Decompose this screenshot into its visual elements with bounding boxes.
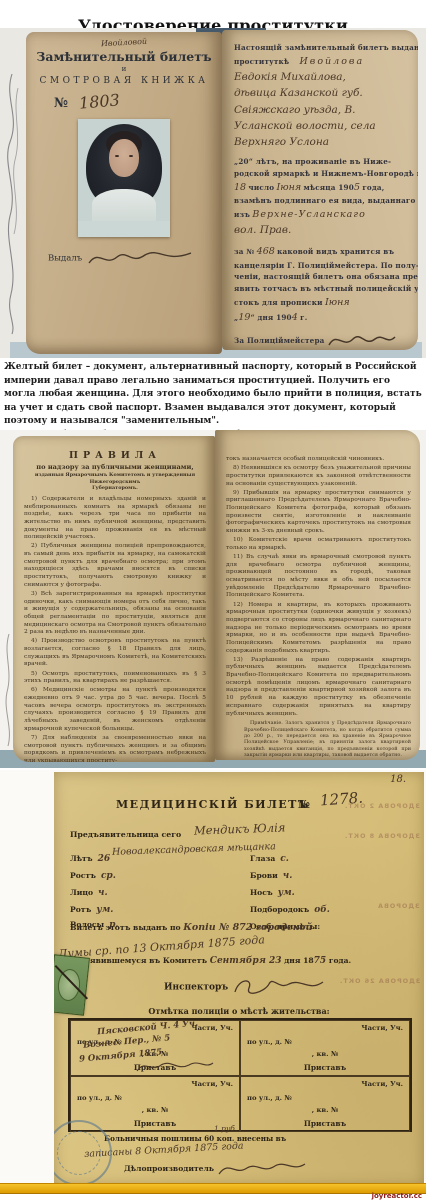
print-line: канцеляріи Г. Полиціймейстера. По полу- [234,261,418,270]
print-line: изъ [234,210,250,219]
residence-table: Части, Уч. по ул., д. № , кв. № Приставъ… [68,1018,412,1132]
photo-eye [115,155,119,157]
inspector-signature [231,976,327,998]
rules-issuer-line: изданныя Ярмарочнымъ Комитетомъ и утверж… [35,472,195,485]
handwritten-marginalia [2,68,24,338]
rules-paragraph: 1) Содержатели и владѣльцы номерныхъ зда… [24,496,206,542]
rules-note: Примѣчаніе. Залогъ хранится у Предсѣдате… [244,720,411,758]
handwritten-name: Ивойлова [300,56,365,67]
print-line: явить тотчасъ въ мѣстный полицейскій уча… [234,284,418,293]
print-line: родской ярмаркѣ и Нижнемъ-Новгородѣ по [234,169,418,178]
handwritten-value: Іюня [325,297,350,308]
bleedthrough-stamp: ЗДОРОВА 8 ОКТ. [344,832,420,840]
field-mouth: Ротъум. [70,905,113,915]
handwritten-line: Верхне-Усланскаго [252,209,365,220]
print-line: число [248,183,274,192]
rules-issuer-line: Губернаторомъ. [92,485,138,491]
handwritten-value: Іюня [277,182,302,193]
rules-paragraph: 13) Разрѣшеніе на право содержанія кварт… [226,657,411,718]
issued-row: Выдалъ [26,247,222,269]
rules-paragraph: токъ назначается особый полицейскій чино… [226,456,411,464]
clerk-row: Дѣлопроизводитель [124,1160,307,1178]
rules-paragraph: 5) Осмотръ проститутокъ, поименованныхъ … [24,671,206,686]
photo-face [109,139,139,177]
portrait-photo [78,119,170,237]
print-line: за № [234,247,254,256]
print-line: года, [362,183,384,192]
rules-scan-image: ПРАВИЛА по надзору за публичными женщина… [0,430,426,768]
print-line: Настоящій замѣнительный билетъ выданъ [234,43,418,52]
fees-handwritten-amount: 1 руб. [214,1124,237,1133]
photo-eye [129,155,133,157]
residence-cell: Части, Уч. по ул., д. № , кв. № Приставъ… [70,1020,240,1076]
document-number-row: № 1803 [26,92,222,111]
print-line: „20“ лѣтъ, на проживаніе въ Ниже- [234,157,391,166]
rules-paragraph: 2) Публичныя женщины полиціей препровожд… [24,543,206,589]
rules-paragraph: 10) Комитетскіе врачи осматриваютъ прост… [226,537,411,552]
issue-line-3: явившемуся въ Комитетъ Сентября 23 дня 1… [90,956,351,966]
police-note-header: Отмѣтка полиціи о мѣстѣ жительства: [54,1006,424,1016]
document-number: 1803 [78,90,120,112]
field-brows: Брович. [250,871,292,881]
print-line: За Полиціймейстера [234,336,325,345]
print-line: “ дня 190 [250,313,291,322]
print-line: каковой видъ хранится въ [277,247,394,256]
print-line: стокъ для прописки [234,298,323,307]
handwritten-line: Усланской волости, села [234,120,376,132]
rules-paragraph: 11) Въ случаѣ явки въ ярмарочный смотров… [226,554,411,600]
ticket-number-label: № [298,798,310,811]
handwritten-value: 19 [238,312,250,323]
meme-page: { "page": { "title": "Удостоверение прос… [0,0,426,1200]
rules-paragraph: 9) Прибывшія на ярмарку проститутки сним… [226,490,411,536]
handwritten-value: 5 [354,182,360,193]
ticket-title: МЕДИЦИНСКІЙ БИЛЕТЪ [116,798,310,811]
passport-left-page: Ивойловой Замѣнительный билетъ и СМОТРОВ… [26,32,222,354]
handwritten-value: 468 [257,246,275,257]
bleedthrough-stamp: ЗДОРОВА [377,902,420,910]
field-age: Лѣтъ26 [70,854,110,864]
passport-scan-image: Ивойловой Замѣнительный билетъ и СМОТРОВ… [0,28,426,358]
field-height: Ростъср. [70,871,116,881]
rules-paragraph: 7) Для наблюденія за своевременностью яв… [24,735,206,762]
handwritten-line: Верхняго Услона [234,136,329,148]
handwritten-value: 4 [292,312,298,323]
rules-paragraph: 12) Номера и квартиры, въ которыхъ прожи… [226,602,411,656]
print-line: ченіи, настоящій билетъ она обязана пред… [234,272,418,281]
rules-paragraph: 4) Производство осмотровъ проститутокъ н… [24,638,206,669]
rules-left-page: ПРАВИЛА по надзору за публичными женщина… [13,436,215,762]
medical-ticket-paper: 18. МЕДИЦИНСКІЙ БИЛЕТЪ № 1278. Предъявит… [54,772,424,1186]
rules-title: ПРАВИЛА [24,450,206,461]
footer-divider-bar [0,1183,426,1194]
residence-cell: Части, Уч. по ул., д. № , кв. № Приставъ [240,1020,410,1076]
clerk-signature [217,1160,307,1178]
print-line: г. [300,313,307,322]
medical-ticket-scan-image: 18. МЕДИЦИНСКІЙ БИЛЕТЪ № 1278. Предъявит… [0,770,426,1188]
handwritten-value: 18 [234,182,246,193]
field-face: Лицоч. [70,888,108,898]
field-eyes: Глазас. [250,854,289,864]
bleedthrough-stamp: ЗДОРОВА 26 ОКТ. [339,977,420,985]
corner-page-number: 18. [390,774,406,785]
document-title: Замѣнительный билетъ [26,49,222,64]
rules-paragraph: 6) Медицинскіе осмотры на пунктѣ произво… [24,687,206,733]
rules-right-page: токъ назначается особый полицейскій чино… [215,430,420,760]
rules-paragraph: 3) Всѣ зарегистрированныя на ярмаркѣ про… [24,591,206,637]
issued-label: Выдалъ [48,254,82,264]
passport-right-page: Настоящій замѣнительный билетъ выданъ пр… [222,30,418,350]
photo-blouse [92,189,156,223]
handwritten-line: Свіяжскаго уѣзда, В. [234,104,356,116]
holder-label: Предъявительница сего [70,830,181,839]
round-police-stamp [54,1120,112,1186]
bleedthrough-stamp: ЗДОРОВА 2 ОКТ. [344,802,420,810]
pristav-signature [135,1059,215,1075]
print-line: проституткѣ [234,57,289,66]
handwritten-line: дѣвица Казанской губ. [234,87,363,99]
field-nose: Носъум. [250,888,295,898]
handwritten-line: вол. Прав. [234,224,291,236]
number-label: № [54,96,68,111]
caption-paragraph: Желтый билет – документ, альтернативный … [4,361,423,429]
rules-issuer: изданныя Ярмарочнымъ Комитетомъ и утверж… [24,472,206,492]
inspector-row: Инспекторъ [164,976,327,998]
print-line: взамѣнъ подлиннаго ея вида, выданнаго ей [234,196,418,205]
field-chin: Подбородокъоб. [250,905,330,915]
rules-subtitle: по надзору за публичными женщинами, [24,463,206,471]
document-title-and: и [26,65,222,73]
rules-paragraph: 8) Неявившіяся къ осмотру безъ уважитель… [226,465,411,488]
residence-cell: Части, Уч. по ул., д. № , кв. № Приставъ [240,1076,410,1132]
site-watermark: joyreactor.cc [372,1192,422,1200]
document-subtitle: СМОТРОВАЯ КНИЖКА [26,76,222,86]
photo-base [78,221,170,237]
polizeimeister-signature [327,331,397,350]
handwritten-line: Евдокія Михайлова, [234,71,346,83]
issuer-signature [85,247,195,269]
print-line: мѣсяца 190 [304,183,354,192]
holder-name: Мендикъ Юлія [194,820,286,837]
